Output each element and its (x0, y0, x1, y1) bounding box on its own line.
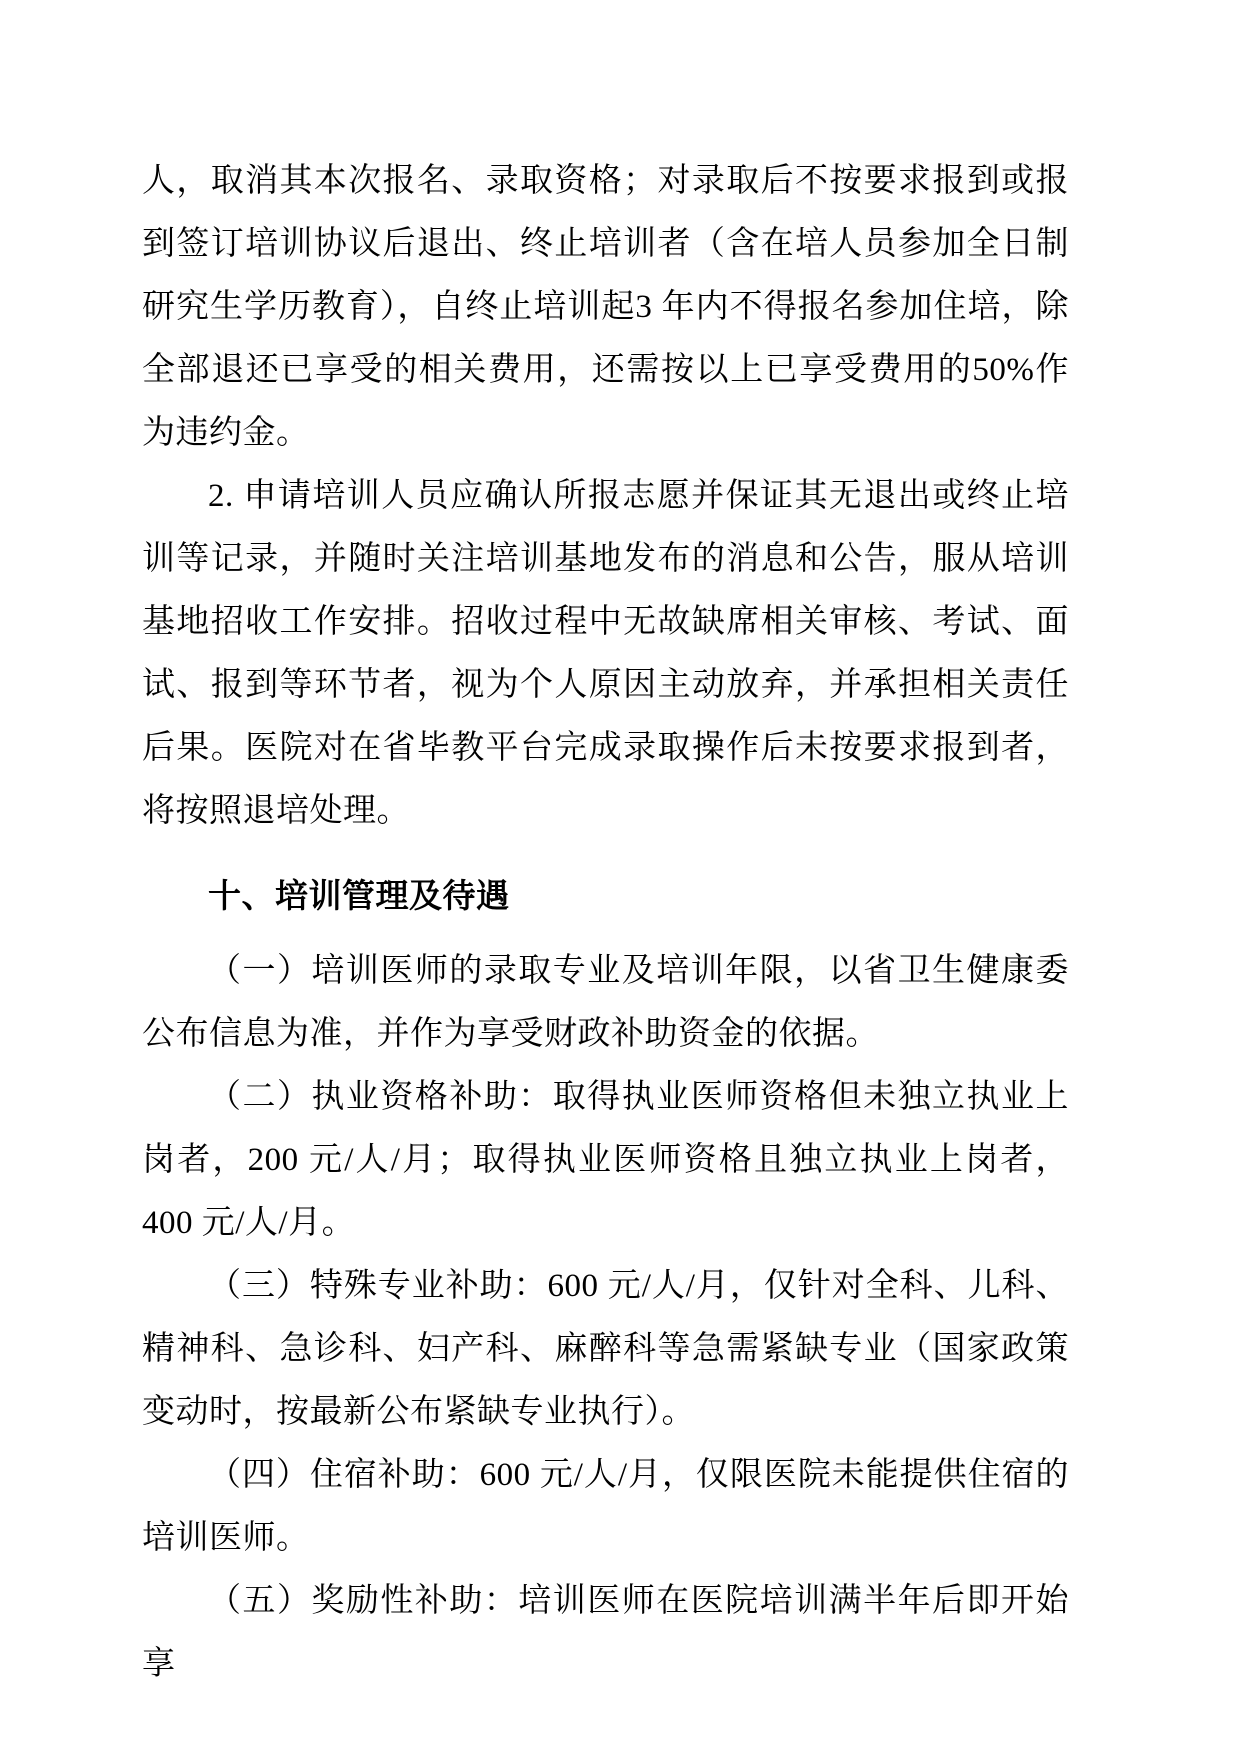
paragraph-item-4-housing-subsidy: （四）住宿补助：600 元/人/月，仅限医院未能提供住宿的培训医师。 (142, 1444, 1069, 1570)
paragraph-item-1-admission-specialty: （一）培训医师的录取专业及培训年限，以省卫生健康委公布信息为准，并作为享受财政补… (142, 940, 1069, 1066)
section-heading-training-management: 十、培训管理及待遇 (142, 864, 1069, 927)
document-page: 人，取消其本次报名、录取资格；对录取后不按要求报到或报到签订培训协议后退出、终止… (0, 0, 1241, 1755)
paragraph-item-3-special-specialty-subsidy: （三）特殊专业补助：600 元/人/月，仅针对全科、儿科、精神科、急诊科、妇产科… (142, 1255, 1069, 1444)
paragraph-item-2-license-subsidy: （二）执业资格补助：取得执业医师资格但未独立执业上岗者，200 元/人/月；取得… (142, 1066, 1069, 1255)
paragraph-item-5-incentive-subsidy: （五）奖励性补助：培训医师在医院培训满半年后即开始享 (142, 1570, 1069, 1696)
paragraph-application-commitment: 2. 申请培训人员应确认所报志愿并保证其无退出或终止培训等记录，并随时关注培训基… (142, 465, 1069, 843)
paragraph-penalty-continuation: 人，取消其本次报名、录取资格；对录取后不按要求报到或报到签订培训协议后退出、终止… (142, 150, 1069, 465)
